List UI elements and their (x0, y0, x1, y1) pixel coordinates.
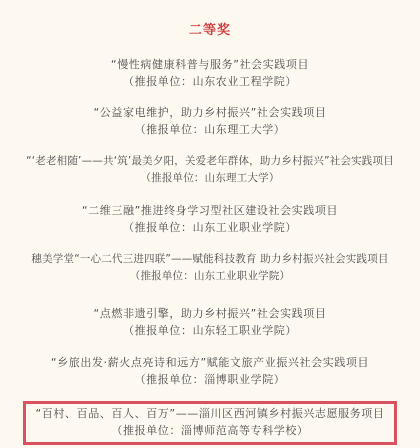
project-name: “‘老老相随’——共‘筑’最美夕阳，关爱老年群体，助力乡村振兴”社会实践项目 (0, 153, 420, 170)
award-entry: 穗美学堂“一心二代三进四联”——赋能科技教育 助力乡村振兴社会实践项目 （推报单… (0, 251, 420, 285)
recommending-unit: （推报单位：山东理工大学） (0, 170, 420, 187)
recommending-unit: （推报单位：淄博师范高等专科学校） (0, 422, 420, 439)
project-name: “慢性病健康科普与服务”社会实践项目 (0, 56, 420, 73)
section-title: 二等奖 (0, 19, 420, 38)
recommending-unit: （推报单位：山东理工大学） (0, 121, 420, 138)
project-name: “二维三融”推进终身学习型社区建设社会实践项目 (0, 202, 420, 219)
project-name: 穗美学堂“一心二代三进四联”——赋能科技教育 助力乡村振兴社会实践项目 (0, 251, 420, 268)
recommending-unit: （推报单位：山东工业职业学院） (0, 219, 420, 236)
award-entry: “‘老老相随’——共‘筑’最美夕阳，关爱老年群体，助力乡村振兴”社会实践项目 （… (0, 153, 420, 187)
award-entry: “乡旅出发·薪火点亮诗和远方”赋能文旅产业振兴社会实践项目 （推报单位：淄博职业… (0, 354, 420, 388)
highlighted-award-entry: “百村、百品、百人、百万”——淄川区西河镇乡村振兴志愿服务项目 （推报单位：淄博… (0, 405, 420, 439)
project-name: “乡旅出发·薪火点亮诗和远方”赋能文旅产业振兴社会实践项目 (0, 354, 420, 371)
project-name: “点燃非遗引擎，助力乡村振兴”社会实践项目 (0, 305, 420, 322)
recommending-unit: （推报单位：山东农业工程学院） (0, 73, 420, 90)
recommending-unit: （推报单位：淄博职业学院） (0, 371, 420, 388)
award-entry: “二维三融”推进终身学习型社区建设社会实践项目 （推报单位：山东工业职业学院） (0, 202, 420, 236)
project-name: “公益家电维护，助力乡村振兴”社会实践项目 (0, 104, 420, 121)
award-entry: “公益家电维护，助力乡村振兴”社会实践项目 （推报单位：山东理工大学） (0, 104, 420, 138)
recommending-unit: （推报单位：山东轻工职业学院） (0, 322, 420, 339)
award-entry: “慢性病健康科普与服务”社会实践项目 （推报单位：山东农业工程学院） (0, 56, 420, 90)
award-entry: “点燃非遗引擎，助力乡村振兴”社会实践项目 （推报单位：山东轻工职业学院） (0, 305, 420, 339)
project-name: “百村、百品、百人、百万”——淄川区西河镇乡村振兴志愿服务项目 (0, 405, 420, 422)
recommending-unit: （推报单位：山东工业职业学院） (0, 268, 420, 285)
award-page: 二等奖 “慢性病健康科普与服务”社会实践项目 （推报单位：山东农业工程学院） “… (0, 0, 420, 448)
